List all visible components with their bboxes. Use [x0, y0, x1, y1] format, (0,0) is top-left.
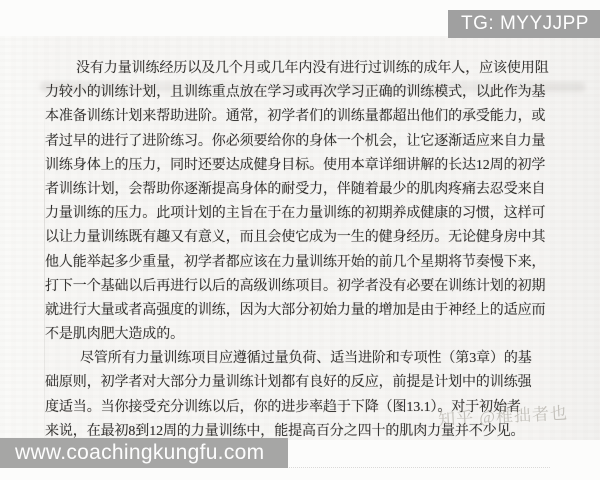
website-watermark-text: www.coachingkungfu.com — [15, 441, 264, 464]
text-line: 没有力量训练经历以及几个月或几年内没有进行过训练的成年人，应该使用阻 — [45, 57, 560, 81]
text-line: 以让力量训练既有趣又有意义，而且会使它成为一生的健身经历。无论健身房中其 — [45, 226, 560, 250]
text-line: 础原则，初学者对大部分力量训练计划都有良好的反应，前提是计划中的训练强 — [45, 371, 560, 395]
text-line: 训练身体上的压力，同时还要达成健身目标。使用本章详细讲解的长达12周的初学 — [45, 154, 560, 178]
text-line: 者训练计划，会帮助你逐渐提高身体的耐受力，伴随着最少的肌肉疼痛去忍受来自 — [45, 178, 560, 202]
text-line: 不是肌肉肥大造成的。 — [45, 323, 560, 347]
text-line: 者过早的进行了进阶练习。你必须要给你的身体一个机会，让它逐渐适应来自力量 — [45, 130, 560, 154]
text-line: 力量训练的压力。此项计划的主旨在于在力量训练的初期养成健康的习惯，这样可 — [45, 202, 560, 226]
website-watermark-bar: www.coachingkungfu.com — [0, 438, 288, 468]
text-line: 本准备训练计划来帮助进阶。通常，初学者们的训练量都超出他们的承受能力，或 — [45, 105, 560, 129]
text-line: 就进行大量或者高强度的训练，因为大部分初始力量的增加是由于神经上的适应而 — [45, 299, 560, 323]
text-line: 他人能举起多少重量，初学者都应该在力量训练开始的前几个星期将节奏慢下来， — [45, 251, 560, 275]
text-line: 力较小的训练计划，且训练重点放在学习或再次学习正确的训练模式，以此作为基 — [45, 81, 560, 105]
text-line: 尽管所有力量训练项目应遵循过量负荷、适当进阶和专项性（第3章）的基 — [45, 347, 560, 371]
telegram-watermark-text: TG: MYYJJPP — [461, 13, 589, 34]
text-line: 打下一个基础以后再进行以后的高级训练项目。初学者没有必要在训练计划的初期 — [45, 275, 560, 299]
book-page-screenshot: 没有力量训练经历以及几个月或几年内没有进行过训练的成年人，应该使用阻 力较小的训… — [0, 0, 600, 480]
body-text: 没有力量训练经历以及几个月或几年内没有进行过训练的成年人，应该使用阻 力较小的训… — [45, 57, 560, 444]
telegram-watermark-badge: TG: MYYJJPP — [448, 10, 600, 38]
